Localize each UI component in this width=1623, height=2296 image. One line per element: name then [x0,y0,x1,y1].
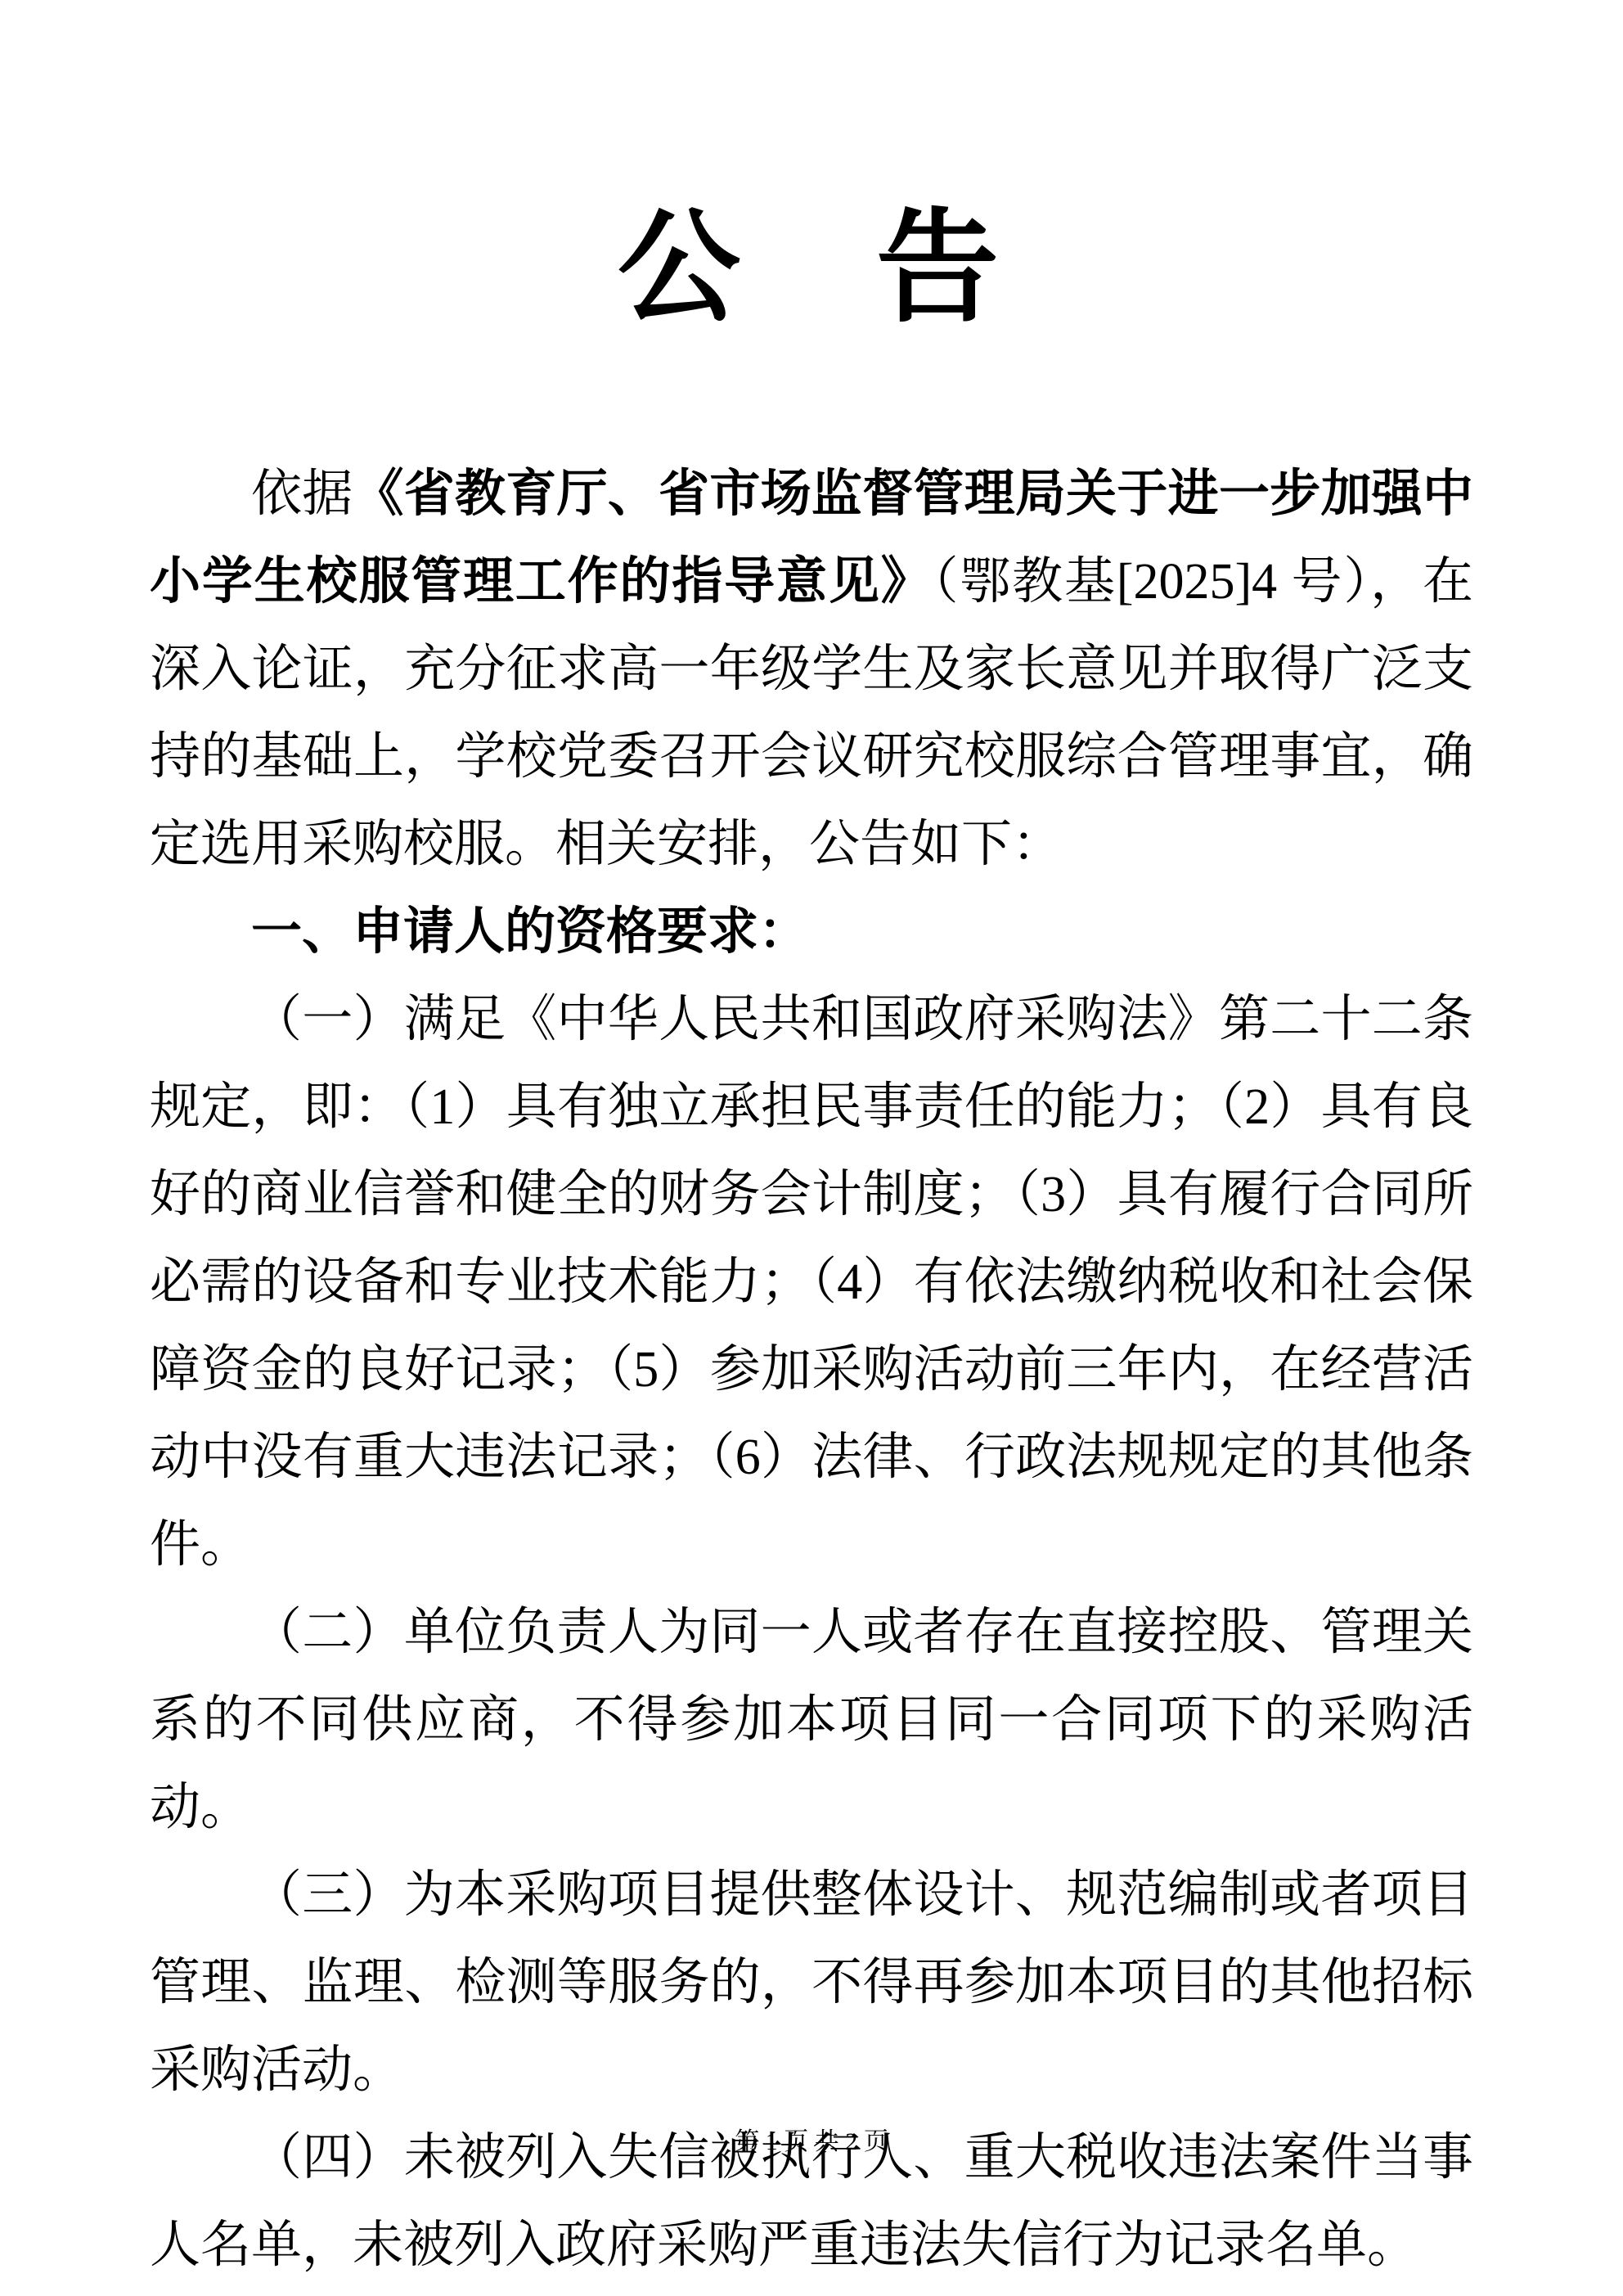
paragraph-item-3: （三）为本采购项目提供整体设计、规范编制或者项目管理、监理、检测等服务的，不得再… [150,1852,1473,2114]
page-number-footer: 第 1 页 共 2 页 [0,2124,1623,2160]
text-run: （一）满足《中华人民共和国政府采购法》第二十二条规定，即：（1）具有独立承担民事… [150,992,1473,1573]
text-run: （二）单位负责人为同一人或者存在直接控股、管理关系的不同供应商，不得参加本项目同… [150,1605,1473,1835]
paragraph-item-2: （二）单位负责人为同一人或者存在直接控股、管理关系的不同供应商，不得参加本项目同… [150,1589,1473,1852]
document-body: 依据《省教育厅、省市场监督管理局关于进一步加强中小学生校服管理工作的指导意见》（… [150,451,1473,2289]
text-run: 依据 [251,466,353,522]
section-heading-applicant-qualifications: 一、申请人的资格要求： [150,889,1473,976]
paragraph-item-1: （一）满足《中华人民共和国政府采购法》第二十二条规定，即：（1）具有独立承担民事… [150,976,1473,1589]
page-title: 公 告 [0,206,1623,329]
text-run: （三）为本采购项目提供整体设计、规范编制或者项目管理、监理、检测等服务的，不得再… [150,1867,1473,2098]
paragraph-intro: 依据《省教育厅、省市场监督管理局关于进一步加强中小学生校服管理工作的指导意见》（… [150,451,1473,889]
text-run-bold: 一、申请人的资格要求： [251,904,809,960]
document-page: 公 告 依据《省教育厅、省市场监督管理局关于进一步加强中小学生校服管理工作的指导… [0,0,1623,2296]
